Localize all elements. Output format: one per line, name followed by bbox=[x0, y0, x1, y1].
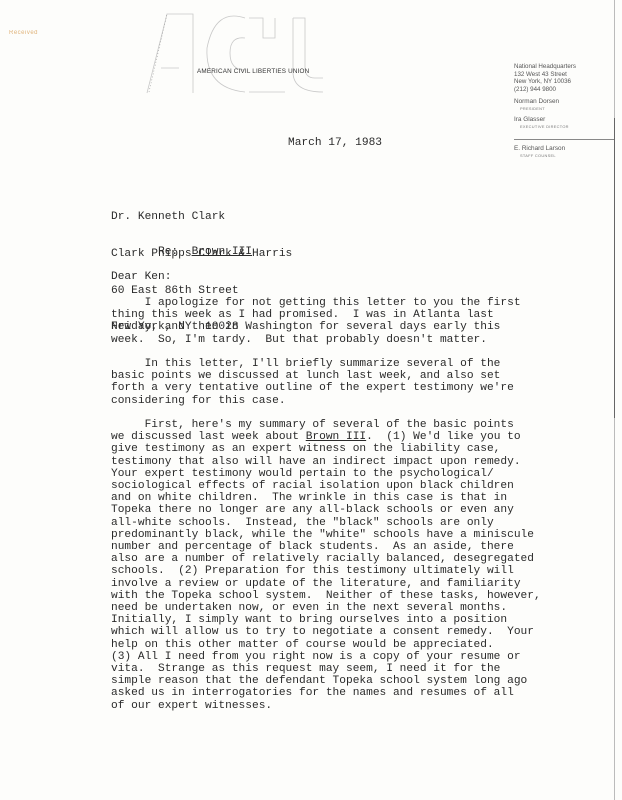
text-line: simple reason that the defendant Topeka … bbox=[111, 675, 541, 687]
text-line: and on white children. The wrinkle in th… bbox=[111, 492, 541, 504]
received-stamp: Received bbox=[9, 30, 38, 36]
case-name: Brown III bbox=[306, 431, 366, 443]
hq-phone: (212) 944 9800 bbox=[514, 86, 614, 94]
text-line: forth a very tentative outline of the ex… bbox=[111, 382, 514, 394]
text-line: testimony that also will have an indirec… bbox=[111, 456, 541, 468]
divider bbox=[514, 139, 614, 140]
text-line: help on this other matter of course woul… bbox=[111, 639, 541, 651]
recipient-line: 60 East 86th Street bbox=[111, 285, 292, 297]
text-line: sociological effects of racial isolation… bbox=[111, 480, 541, 492]
text-line: basic points we discussed at lunch last … bbox=[111, 370, 514, 382]
text-line: week. So, I'm tardy. But that probably d… bbox=[111, 334, 521, 346]
text-line: predominantly black, while the "white" s… bbox=[111, 529, 541, 541]
text-line: which will allow us to try to negotiate … bbox=[111, 626, 541, 638]
paragraph-1: I apologize for not getting this letter … bbox=[111, 297, 521, 346]
text-line: asked us in interrogatories for the name… bbox=[111, 687, 541, 699]
letterhead-contacts: National Headquarters 132 West 43 Street… bbox=[514, 63, 614, 158]
text-line: also are a number of relatively racially… bbox=[111, 553, 541, 565]
re-line: Re: Brown III bbox=[158, 246, 252, 258]
text-line: I apologize for not getting this letter … bbox=[111, 297, 521, 309]
officer-name: Norman Dorsen bbox=[514, 98, 614, 106]
org-name: AMERICAN CIVIL LIBERTIES UNION bbox=[197, 68, 309, 75]
recipient-line: Dr. Kenneth Clark bbox=[111, 211, 292, 223]
text-line: number and percentage of black students.… bbox=[111, 541, 541, 553]
text-line: with the Topeka school system. Neither o… bbox=[111, 590, 541, 602]
page-edge-shadow bbox=[614, 118, 615, 418]
re-subject: Brown III bbox=[192, 246, 252, 258]
text-line: we discussed last week about Brown III. … bbox=[111, 431, 541, 443]
text-line: Initially, I simply want to bring oursel… bbox=[111, 614, 541, 626]
text-line: thing this week as I had promised. I was… bbox=[111, 309, 521, 321]
text-line: of our expert witnesses. bbox=[111, 700, 541, 712]
letter-date: March 17, 1983 bbox=[288, 137, 382, 149]
text-line: considering for this case. bbox=[111, 395, 514, 407]
text-line: Topeka there no longer are any all-black… bbox=[111, 504, 541, 516]
staff-title: STAFF COUNSEL bbox=[514, 153, 614, 158]
text-line: vita. Strange as this request may seem, … bbox=[111, 663, 541, 675]
text-line: Your expert testimony would pertain to t… bbox=[111, 468, 541, 480]
paragraph-3: First, here's my summary of several of t… bbox=[111, 419, 541, 712]
text-line: First, here's my summary of several of t… bbox=[111, 419, 541, 431]
hq-label: National Headquarters bbox=[514, 63, 614, 71]
text-line: involve a review or update of the litera… bbox=[111, 578, 541, 590]
officer-title: EXECUTIVE DIRECTOR bbox=[514, 124, 614, 129]
hq-street: 132 West 43 Street bbox=[514, 71, 614, 79]
text-line: In this letter, I'll briefly summarize s… bbox=[111, 358, 514, 370]
paragraph-2: In this letter, I'll briefly summarize s… bbox=[111, 358, 514, 407]
staff-name: E. Richard Larson bbox=[514, 145, 614, 153]
re-label: Re: bbox=[158, 246, 178, 258]
text-line: need be undertaken now, or even in the n… bbox=[111, 602, 541, 614]
text-line: schools. (2) Preparation for this testim… bbox=[111, 565, 541, 577]
text-line: Friday, and then in Washington for sever… bbox=[111, 321, 521, 333]
hq-city: New York, NY 10036 bbox=[514, 78, 614, 86]
text-line: give testimony as an expert witness on t… bbox=[111, 443, 541, 455]
text-line: (3) All I need from you right now is a c… bbox=[111, 651, 541, 663]
officer-title: PRESIDENT bbox=[514, 106, 614, 111]
salutation: Dear Ken: bbox=[111, 271, 171, 283]
aclu-logo-outline-icon bbox=[145, 8, 325, 96]
officer-name: Ira Glasser bbox=[514, 116, 614, 124]
aclu-logo bbox=[145, 8, 325, 96]
text-line: all-white schools. Instead, the "black" … bbox=[111, 517, 541, 529]
